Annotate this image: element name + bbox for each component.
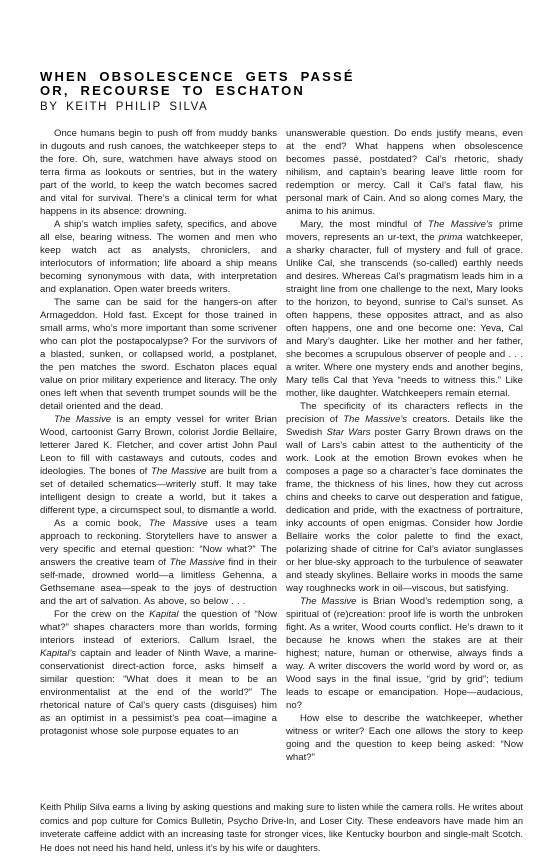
article-byline: BY KEITH PHILIP SILVA [40, 101, 523, 114]
italic-text: The Massive [151, 466, 206, 477]
body-text: How else to describe the watchkeeper, wh… [286, 713, 523, 763]
paragraph: How else to describe the watchkeeper, wh… [286, 712, 523, 764]
body-text: unanswerable question. Do ends justify m… [286, 128, 523, 217]
body-text: captain and leader of Ninth Wave, a mari… [40, 648, 277, 737]
body-text: A ship’s watch implies safety, specifics… [40, 219, 277, 295]
italic-text: The Massive [149, 518, 208, 529]
body-text: Once humans begin to push off from muddy… [40, 128, 277, 217]
paragraph: As a comic book, The Massive uses a team… [40, 517, 277, 608]
body-text: The same can be said for the hangers-on … [40, 297, 277, 412]
paragraph: The Massive is Brian Wood’s redemption s… [286, 595, 523, 712]
text-column-right: unanswerable question. Do ends justify m… [286, 127, 523, 764]
body-text: For the crew on the [54, 609, 149, 620]
body-text: As a comic book, [54, 518, 149, 529]
article-title-line-1: WHEN OBSOLESCENCE GETS PASSÉ [40, 70, 523, 84]
italic-text: The Massive [300, 596, 357, 607]
article-columns: Once humans begin to push off from muddy… [40, 127, 523, 764]
article-content: WHEN OBSOLESCENCE GETS PASSÉ OR, RECOURS… [40, 70, 523, 855]
body-text: Mary, the most mindful of [300, 219, 428, 230]
italic-text: Kapital’s [40, 648, 76, 659]
paragraph: The specificity of its characters reflec… [286, 400, 523, 595]
italic-text: The Massive’s [343, 414, 407, 425]
paragraph: Once humans begin to push off from muddy… [40, 127, 277, 218]
paragraph: Mary, the most mindful of The Massive’s … [286, 218, 523, 400]
body-text: is Brian Wood’s redemption song, a spiri… [286, 596, 523, 711]
document-page: WHEN OBSOLESCENCE GETS PASSÉ OR, RECOURS… [0, 0, 560, 861]
article-title: WHEN OBSOLESCENCE GETS PASSÉ OR, RECOURS… [40, 70, 523, 98]
italic-text: Star Wars [326, 427, 370, 438]
paragraph: A ship’s watch implies safety, specifics… [40, 218, 277, 296]
body-text: poster Garry Brown draws on the wall of … [286, 427, 523, 594]
italic-text: The Massive [54, 414, 111, 425]
italic-text: The Massive’s [428, 219, 493, 230]
paragraph: For the crew on the Kapital the question… [40, 608, 277, 738]
paragraph: The Massive is an empty vessel for write… [40, 413, 277, 517]
author-bio: Keith Philip Silva earns a living by ask… [40, 801, 523, 855]
italic-text: The Massive [170, 557, 225, 568]
text-column-left: Once humans begin to push off from muddy… [40, 127, 277, 764]
paragraph: The same can be said for the hangers-on … [40, 296, 277, 413]
paragraph: unanswerable question. Do ends justify m… [286, 127, 523, 218]
article-title-line-2: OR, RECOURSE TO ESCHATON [40, 84, 523, 98]
italic-text: Kapital [149, 609, 178, 620]
italic-text: prima [439, 232, 463, 243]
body-text: watchkeeper, a sharky character, full of… [286, 232, 523, 399]
